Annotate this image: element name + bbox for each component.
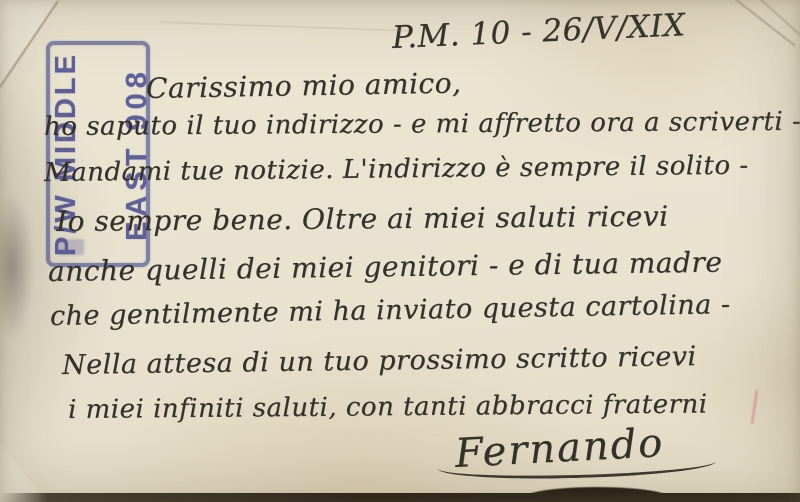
body-line: Mandami tue notizie. L'indirizzo è sempr… (44, 151, 749, 188)
body-line: che gentilmente mi ha inviato questa car… (50, 289, 731, 332)
body-line: i miei infiniti saluti, con tanti abbrac… (68, 389, 708, 425)
postcard-scan: P/W MIDDLE EAST 908 P.M. 10 - 26/V/XIX C… (0, 0, 800, 502)
smudge-left-edge (0, 192, 34, 342)
crease-line-top (160, 22, 410, 32)
scan-edge-shadow (0, 493, 800, 502)
body-line: Nella attesa di un tuo prossimo scritto … (62, 341, 697, 381)
date-line: P.M. 10 - 26/V/XIX (391, 7, 686, 56)
censor-stamp-blot (58, 239, 84, 255)
pink-ink-mark (751, 390, 759, 424)
body-line: ho saputo il tuo indirizzo - e mi affret… (44, 107, 800, 142)
salutation-line: Carissimo mio amico, (146, 66, 462, 104)
crease-line-top-right (700, 0, 795, 46)
body-line: Io sempre bene. Oltre ai miei saluti ric… (56, 200, 669, 238)
